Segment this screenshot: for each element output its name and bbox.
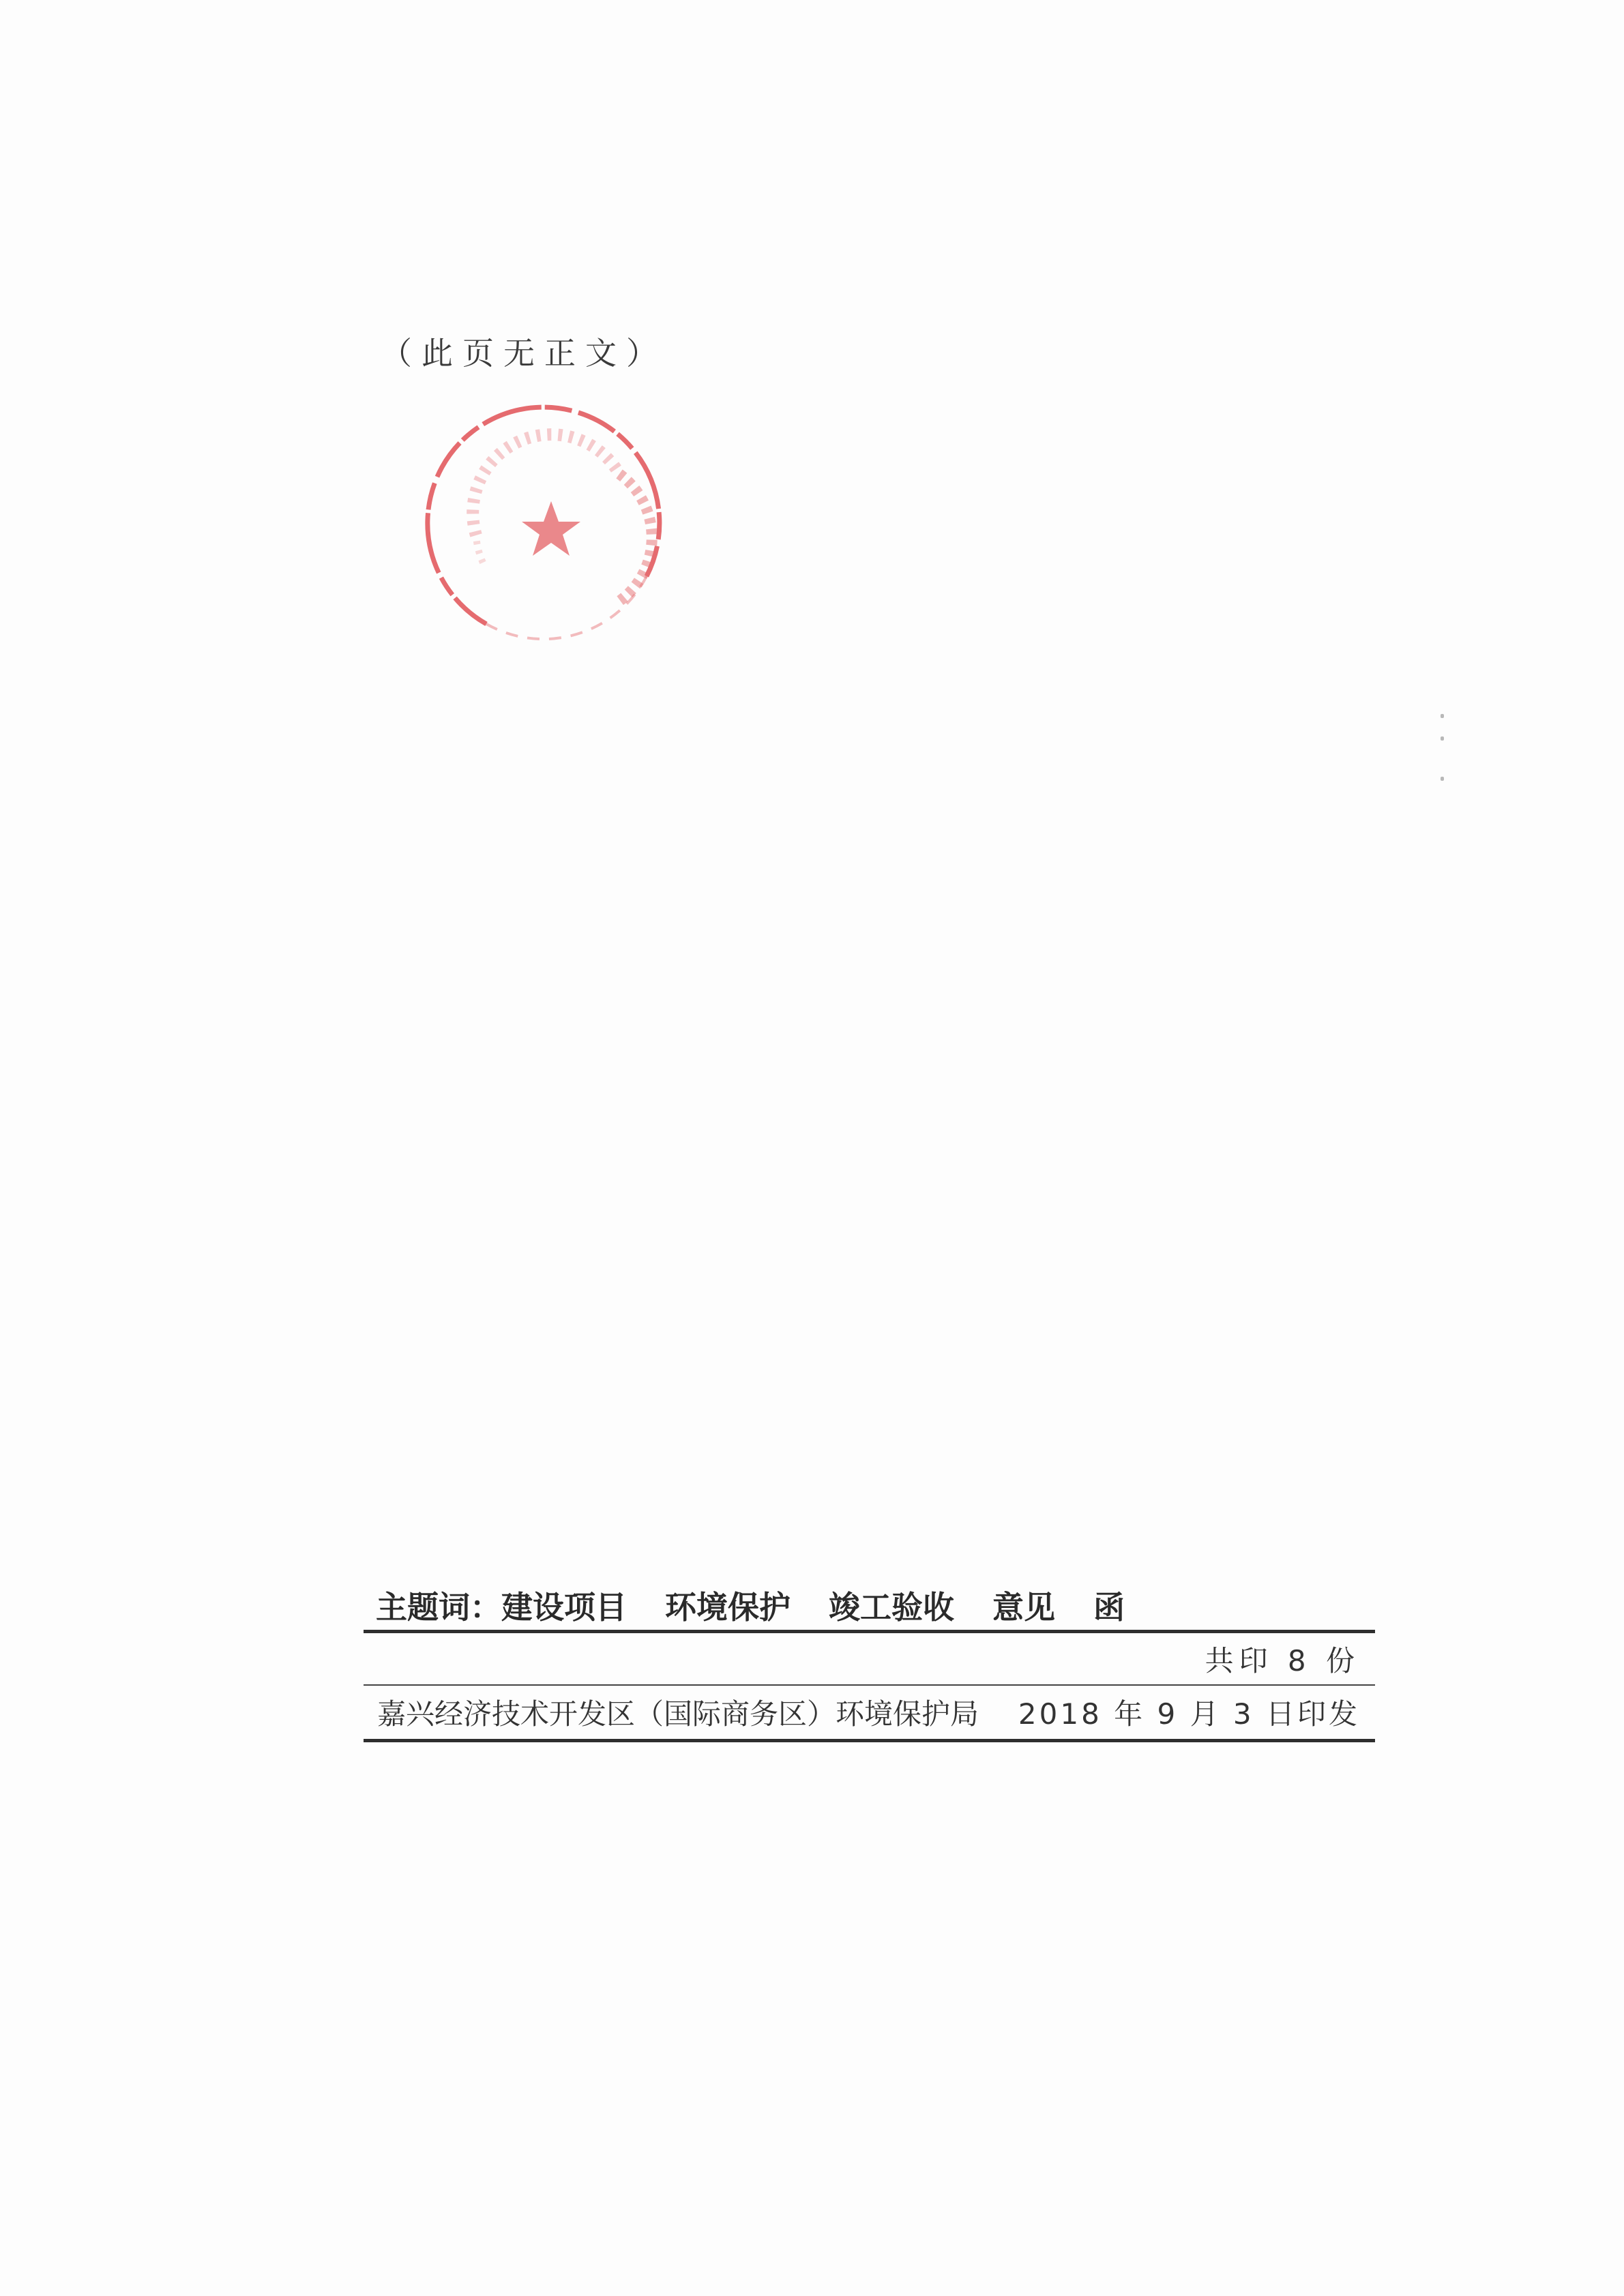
copies-count: 共印 8 份: [1205, 1639, 1360, 1680]
document-colophon: 主题词： 建设项目 环境保护 竣工验收 意见 函 共印 8 份 嘉兴经济技术开发…: [364, 1581, 1375, 1742]
issuer-row: 嘉兴经济技术开发区（国际商务区）环境保护局 2018 年 9 月 3 日印发: [364, 1686, 1375, 1739]
issue-date: 2018 年 9 月 3 日印发: [1018, 1692, 1360, 1733]
keywords-label: 主题词：: [376, 1583, 501, 1628]
keyword-item: 函: [1093, 1583, 1125, 1628]
issuing-authority: 嘉兴经济技术开发区（国际商务区）环境保护局: [377, 1692, 979, 1733]
keyword-item: 环境保护: [665, 1583, 791, 1628]
keyword-item: 意见: [992, 1583, 1055, 1628]
no-body-note: （此页无正文）: [381, 329, 667, 374]
scan-marks: [1439, 713, 1447, 788]
official-seal-icon: [422, 399, 681, 658]
keyword-item: 建设项目: [501, 1583, 627, 1628]
copies-row: 共印 8 份: [364, 1633, 1375, 1684]
document-page: （此页无正文） 主题词： 建设项目 环境保护 竣工验收 意见 函 共印 8 份: [0, 0, 1624, 2296]
keyword-item: 竣工验收: [829, 1583, 954, 1628]
divider-thick-bottom: [364, 1739, 1375, 1742]
subject-keywords: 主题词： 建设项目 环境保护 竣工验收 意见 函: [364, 1581, 1375, 1630]
